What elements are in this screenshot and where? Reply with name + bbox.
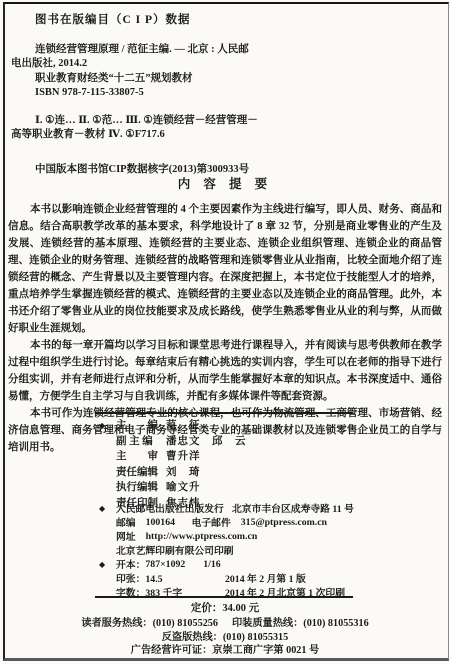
publisher-name: 人民邮电出版社出版发行 — [116, 501, 232, 515]
printer-line: 北京艺辉印刷有限公司印刷 — [99, 543, 434, 557]
antipiracy-hotline: 反盗版热线：(010) 81055315 — [0, 628, 450, 642]
summary-title: 内 容 提 要 — [8, 174, 442, 192]
credit-name: 曹升洋 — [166, 448, 201, 463]
credit-name: 范 征 — [166, 417, 201, 432]
ad-license-line: 广告经营许可证：京崇工商广字第 0021 号 — [0, 641, 450, 655]
credit-name: 刘 琦 — [166, 464, 201, 479]
summary-paragraph: 本书的每一章开篇均以学习目标和课堂思考进行课程导入，并有阅读与思考供教师在教学过… — [8, 337, 442, 405]
credit-name: 潘忠文 邱 云 — [166, 433, 247, 448]
diamond-bullet-icon: ◆ — [99, 503, 116, 513]
edition-value: 2014 年 2 月第 1 版 — [225, 571, 306, 585]
cip-header: 图书在版编目（C I P）数据 — [11, 13, 438, 27]
website-value: http://www.ptpress.com.cn — [146, 531, 258, 542]
format-fraction: 1/16 — [203, 559, 220, 570]
email-value: 315@ptpress.com.cn — [241, 517, 327, 528]
format-label: 开本： — [116, 557, 145, 571]
cip-block: 图书在版编目（C I P）数据 连锁经营管理原理 / 范征主编. — 北京 : … — [11, 13, 438, 177]
diamond-bullet-icon: ◆ — [99, 559, 116, 569]
hotline-line: 读者服务热线：(010) 81055256印装质量热线：(010) 810553… — [0, 614, 450, 628]
copyright-page: 图书在版编目（C I P）数据 连锁经营管理原理 / 范征主编. — 北京 : … — [0, 0, 450, 664]
credit-label: 责任编辑 — [116, 464, 166, 479]
cip-entry-line: 连锁经营管理原理 / 范征主编. — 北京 : 人民邮 — [11, 43, 438, 57]
credit-label: 主 编 — [116, 417, 166, 432]
website-label: 网址 — [116, 529, 136, 543]
format-value: 787×1092 — [145, 559, 185, 570]
email-label: 电子邮件 — [192, 515, 231, 529]
publication-block: ◆ 人民邮电出版社出版发行 北京市丰台区成寿寺路 11 号 邮编 100164 … — [99, 501, 434, 599]
sheets-edition-line: 印张：14.5 2014 年 2 月第 1 版 — [99, 571, 434, 585]
website-line: 网址 http://www.ptpress.com.cn — [99, 529, 434, 543]
diamond-bullet-icon: ◆ — [99, 420, 116, 430]
credit-row: 责任编辑 刘 琦 — [99, 464, 247, 480]
publisher-address: 北京市丰台区成寿寺路 11 号 — [232, 501, 354, 515]
series-title: 职业教育财经类“十二五”规划教材 — [11, 72, 438, 86]
sheets-label: 印张： — [116, 574, 145, 585]
postcode-email-line: 邮编 100164 电子邮件 315@ptpress.com.cn — [99, 515, 434, 529]
postcode-label: 邮编 — [116, 515, 136, 529]
credit-label: 副 主 编 — [116, 433, 166, 448]
credit-label: 主 审 — [116, 448, 166, 463]
credit-row: ◆ 主 编 范 征 — [99, 417, 247, 433]
credit-row: 主 审 曹升洋 — [99, 448, 247, 464]
credits-block: ◆ 主 编 范 征 副 主 编 潘忠文 邱 云 主 审 曹升洋 责任编辑 刘 琦… — [99, 417, 247, 510]
publisher-line: ◆ 人民邮电出版社出版发行 北京市丰台区成寿寺路 11 号 — [99, 501, 434, 515]
divider-line — [95, 596, 353, 598]
format-line: ◆ 开本： 787×1092 1/16 — [99, 557, 434, 571]
summary-paragraph: 本书以影响连锁企业经营管理的 4 个主要因素作为主线进行编写，即人员、财务、商品… — [8, 201, 442, 337]
printer-name: 北京艺辉印刷有限公司印刷 — [116, 543, 234, 557]
classification-line: 高等职业教育－教材 Ⅳ. ①F717.6 — [11, 128, 438, 142]
postcode-value: 100164 — [146, 517, 192, 528]
cip-entry-line: 电出版社, 2014.2 — [11, 57, 438, 71]
price-line: 定价：34.00 元 — [0, 600, 450, 614]
divider-line — [95, 412, 353, 414]
sheets-value: 14.5 — [145, 574, 162, 585]
isbn: ISBN 978-7-115-33807-5 — [11, 86, 438, 100]
classification-line: Ⅰ. ①连… Ⅱ. ①范… Ⅲ. ①连锁经营－经营管理－ — [11, 114, 438, 128]
credit-label: 执行编辑 — [116, 479, 166, 494]
credit-name: 喻文升 — [166, 479, 201, 494]
credit-row: 执行编辑 喻文升 — [99, 479, 247, 495]
credit-row: 副 主 编 潘忠文 邱 云 — [99, 433, 247, 449]
pricing-block: 定价：34.00 元 读者服务热线：(010) 81055256印装质量热线：(… — [0, 600, 450, 655]
